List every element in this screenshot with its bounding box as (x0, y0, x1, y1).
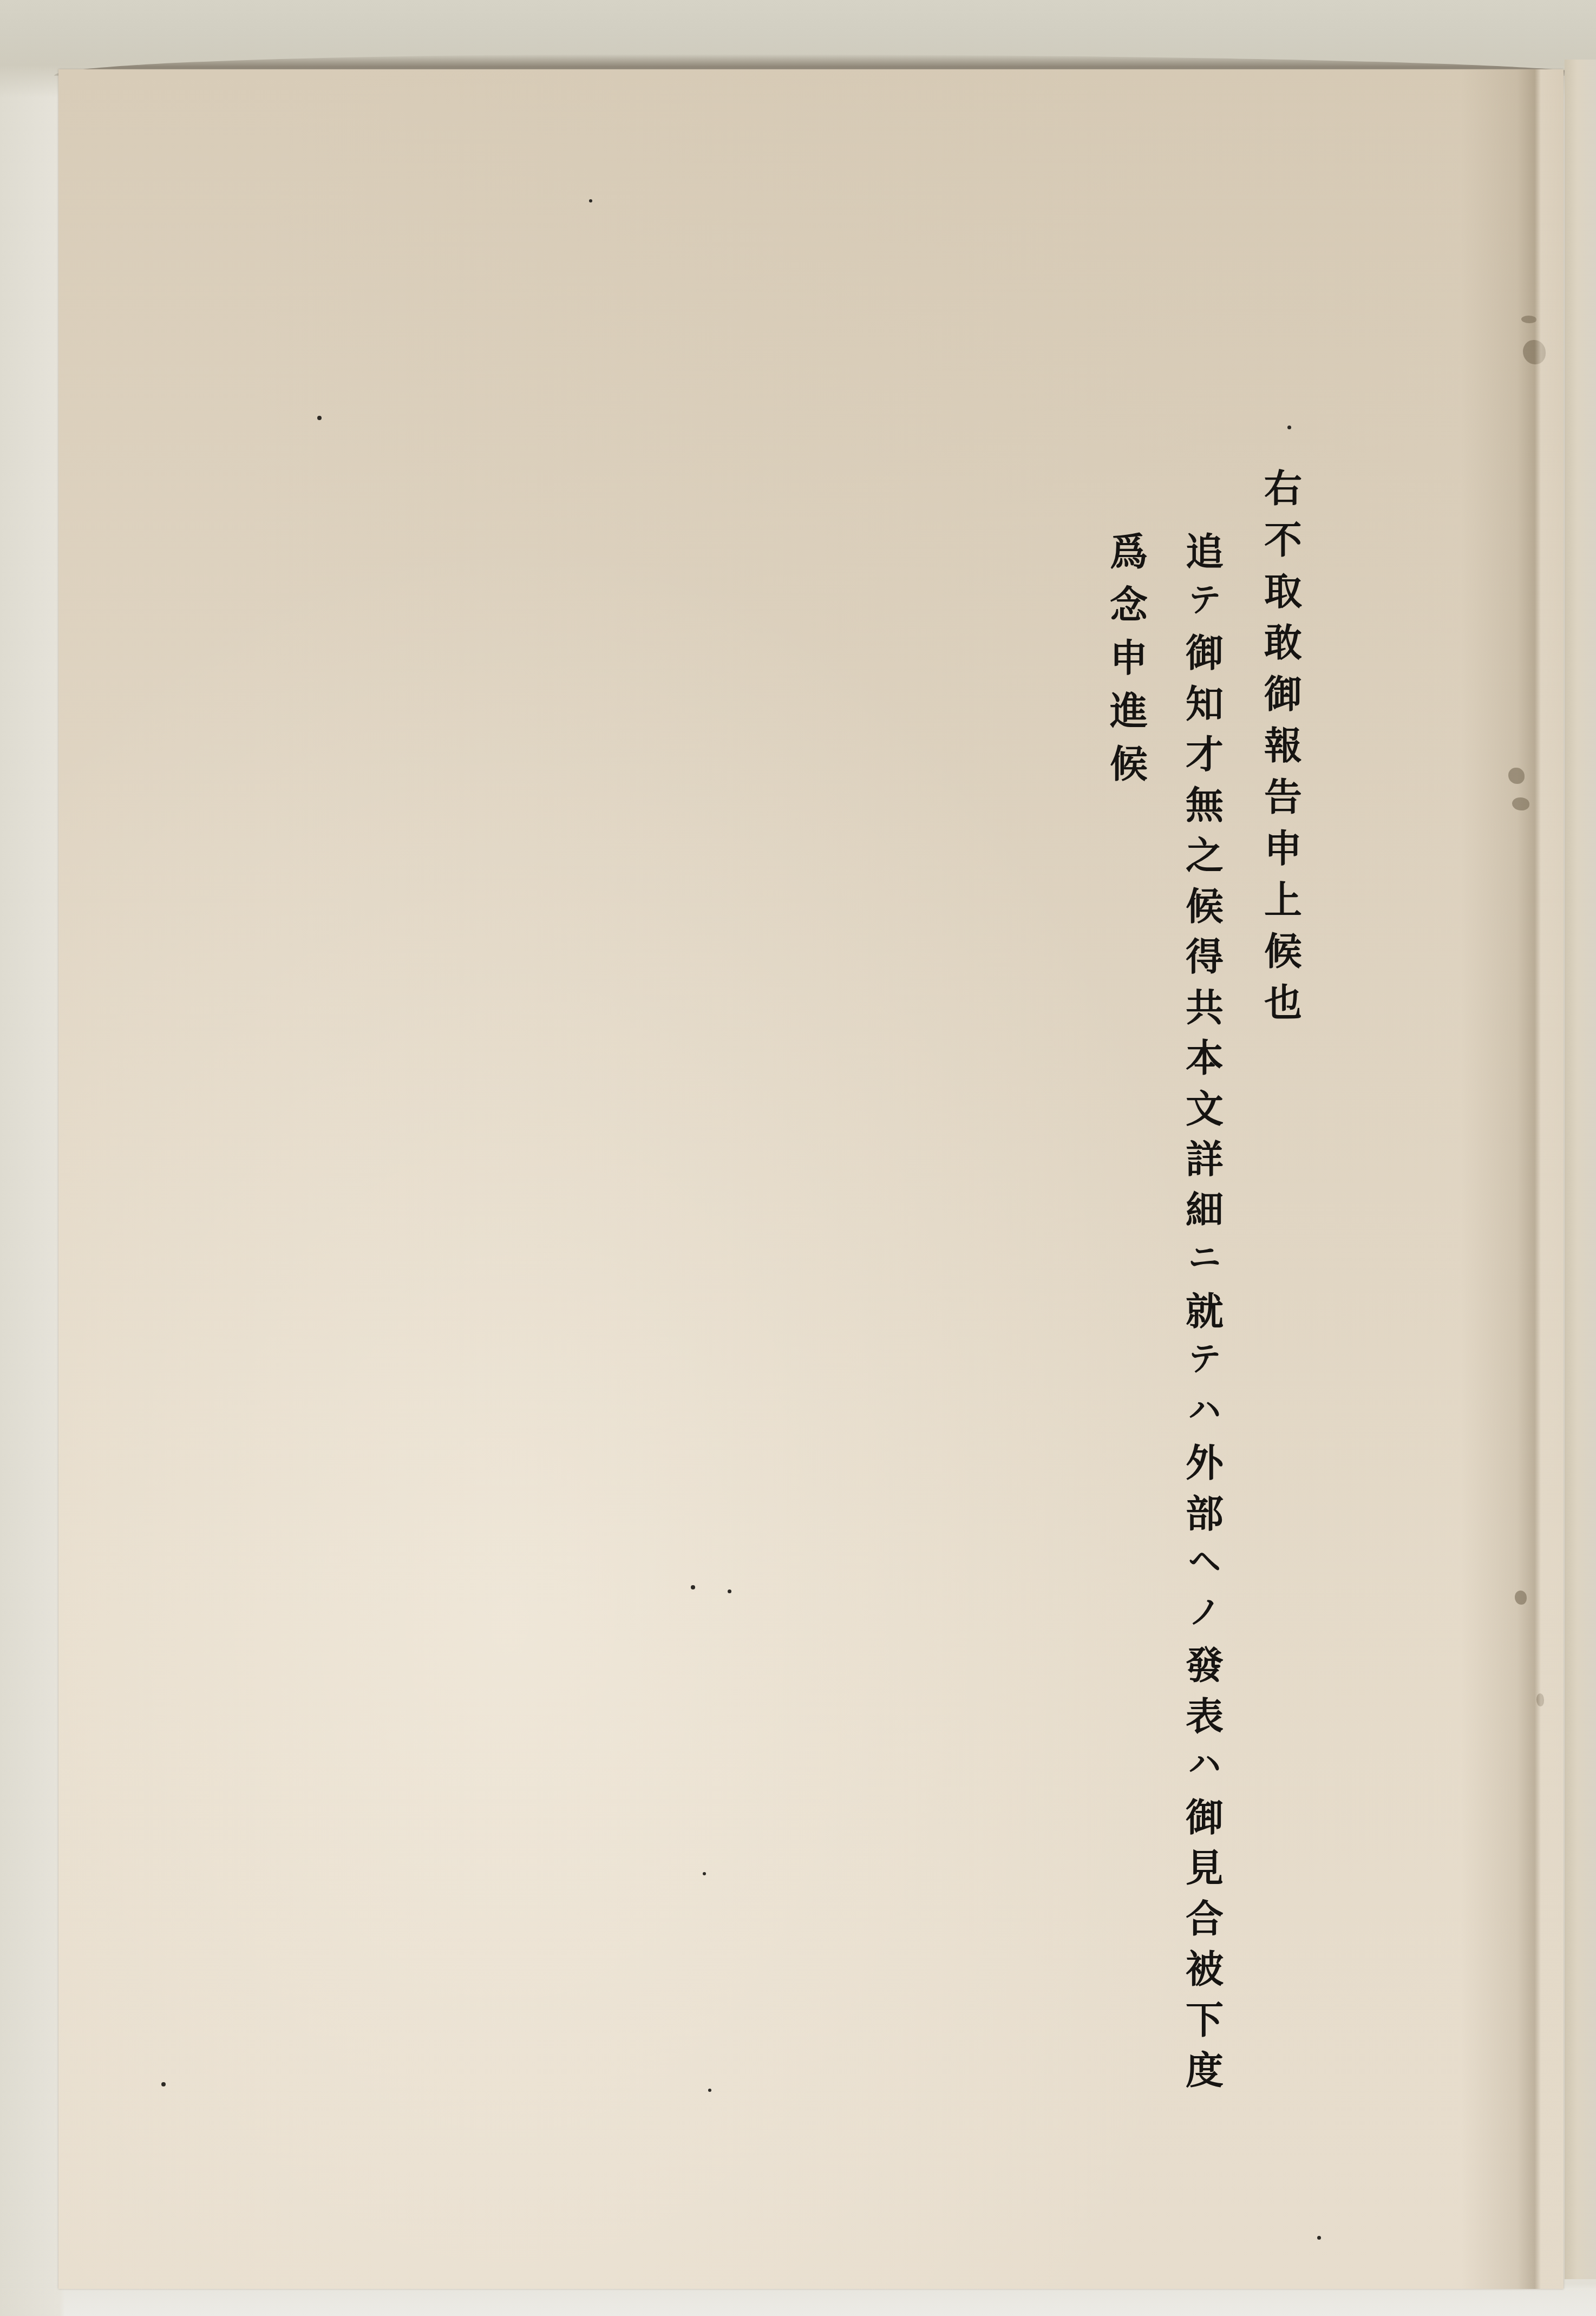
char: 見 (1183, 1849, 1226, 1900)
paper-speck (703, 1872, 706, 1875)
char: 無 (1183, 787, 1226, 838)
char: 本 (1183, 1039, 1226, 1090)
paper-speck (589, 199, 592, 202)
char: 申 (1261, 830, 1305, 881)
text-column-1: 右 不 取 敢 御 報 告 申 上 候 也 (1261, 470, 1305, 1036)
char: 合 (1183, 1900, 1226, 1951)
char: テ (1183, 1343, 1226, 1394)
char: ノ (1183, 1597, 1226, 1647)
paper-speck (1287, 426, 1291, 429)
paper-speck (317, 416, 322, 420)
document-page (58, 69, 1564, 2289)
paper-speck (708, 2089, 711, 2092)
char: 不 (1261, 521, 1305, 573)
text-column-3: 爲 念 申 進 候 (1107, 533, 1150, 799)
char: ニ (1183, 1242, 1226, 1293)
text-column-2: 追 テ 御 知 才 無 之 候 得 共 本 文 詳 細 ニ 就 テ ハ 外 部 … (1183, 533, 1226, 2103)
wormhole-stain (1508, 768, 1525, 784)
char: 共 (1183, 989, 1226, 1040)
char: テ (1183, 584, 1226, 635)
char: ハ (1183, 1394, 1226, 1445)
char: 取 (1261, 573, 1305, 624)
char: 念 (1107, 586, 1150, 639)
char: 告 (1261, 778, 1305, 830)
char: 部 (1183, 1495, 1226, 1546)
char: 御 (1261, 676, 1305, 727)
char: ヘ (1183, 1546, 1226, 1597)
wormhole-stain (1515, 1591, 1527, 1605)
paper-speck (161, 2082, 166, 2086)
char: 就 (1183, 1293, 1226, 1344)
char: 之 (1183, 837, 1226, 888)
char: 報 (1261, 727, 1305, 778)
char: 文 (1183, 1090, 1226, 1141)
char: 申 (1107, 639, 1150, 692)
char: 表 (1183, 1698, 1226, 1749)
char: 爲 (1107, 533, 1150, 586)
char: 詳 (1183, 1141, 1226, 1192)
char: 進 (1107, 692, 1150, 745)
char: 得 (1183, 938, 1226, 989)
char: 度 (1183, 2052, 1226, 2103)
char: 御 (1183, 1799, 1226, 1850)
char: 上 (1261, 881, 1305, 933)
wormhole-stain (1521, 316, 1536, 323)
char: 敢 (1261, 624, 1305, 676)
wormhole-stain (1512, 797, 1529, 810)
next-page-edge (1565, 60, 1596, 2279)
paper-speck (1317, 2236, 1321, 2240)
char: 御 (1183, 634, 1226, 685)
char: 候 (1261, 933, 1305, 984)
char: 外 (1183, 1444, 1226, 1495)
char: 候 (1107, 745, 1150, 799)
char: 才 (1183, 736, 1226, 787)
char: 知 (1183, 685, 1226, 736)
wormhole-stain (1536, 1693, 1544, 1706)
char: 右 (1261, 470, 1305, 521)
char: 被 (1183, 1951, 1226, 2001)
wormhole-stain (1523, 340, 1546, 364)
char: 細 (1183, 1192, 1226, 1242)
char: 也 (1261, 984, 1305, 1036)
char: 發 (1183, 1647, 1226, 1698)
char: 下 (1183, 2001, 1226, 2052)
paper-speck (728, 1589, 731, 1593)
char: 追 (1183, 533, 1226, 584)
char: ハ (1183, 1748, 1226, 1799)
paper-speck (691, 1585, 695, 1589)
char: 候 (1183, 888, 1226, 939)
